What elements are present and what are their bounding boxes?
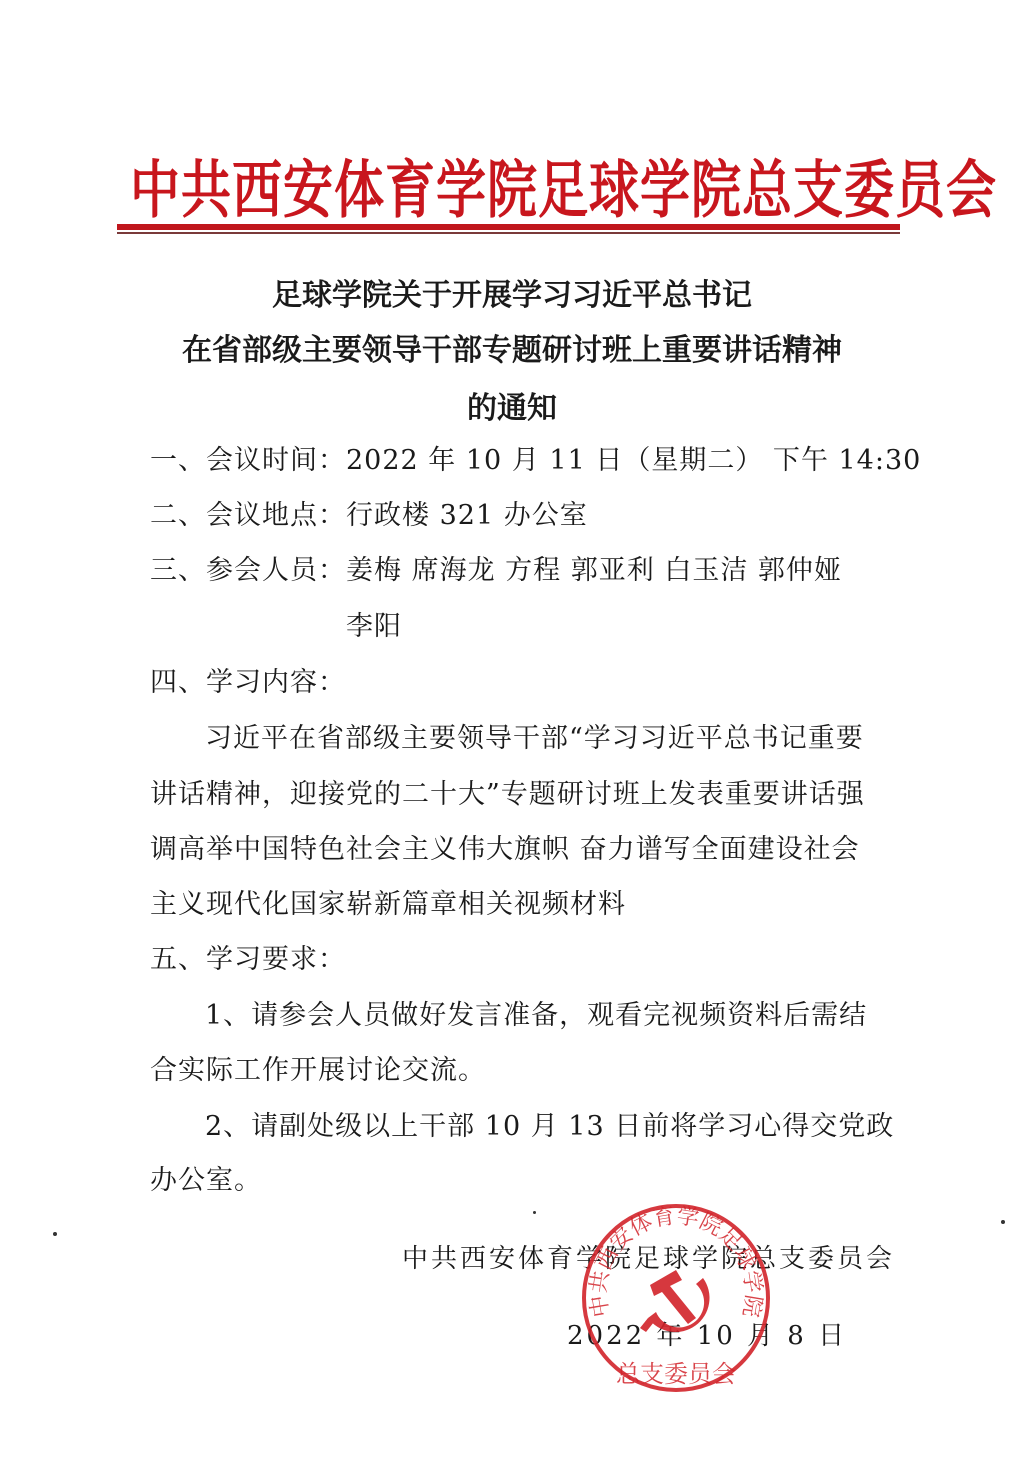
meeting-time-row: 一、会议时间：2022 年 10 月 11 日（星期二） 下午 14:30: [150, 438, 921, 477]
requirement-1-line-1: 1、请参会人员做好发言准备，观看完视频资料后需结: [205, 993, 867, 1032]
study-content-line-3: 调高举中国特色社会主义伟大旗帜 奋力谱写全面建设社会: [150, 827, 860, 866]
attendees-row: 三、参会人员：姜梅 席海龙 方程 郭亚利 白玉洁 郭仲娅: [150, 548, 842, 587]
scan-speck: [53, 1232, 57, 1236]
meeting-location-value: 行政楼 321 办公室: [346, 500, 588, 531]
meeting-location-label: 二、会议地点：: [150, 500, 346, 531]
attendees-label: 三、参会人员：: [150, 555, 346, 586]
meeting-time-value: 2022 年 10 月 11 日（星期二） 下午 14:30: [346, 445, 921, 476]
masthead-title: 中共西安体育学院足球学院总支委员会: [130, 140, 890, 230]
study-content-line-1: 习近平在省部级主要领导干部“学习习近平总书记重要: [205, 716, 864, 755]
scan-speck: [1001, 1220, 1005, 1224]
meeting-time-label: 一、会议时间：: [150, 445, 346, 476]
masthead-rule-thin: [117, 232, 900, 234]
notice-title-line-2: 在省部级主要领导干部专题研讨班上重要讲话精神: [0, 325, 1024, 369]
stamp-bottom-text: 总支委员会: [616, 1360, 736, 1388]
attendees-names-line-2: 李阳: [346, 604, 402, 643]
requirement-2-line-1: 2、请副处级以上干部 10 月 13 日前将学习心得交党政: [205, 1104, 894, 1143]
requirement-2-line-2: 办公室。: [150, 1158, 262, 1197]
study-content-heading: 四、学习内容：: [150, 660, 346, 699]
notice-title-line-3: 的通知: [0, 383, 1024, 427]
study-content-line-4: 主义现代化国家崭新篇章相关视频材料: [150, 882, 626, 921]
hammer-and-sickle-icon: [640, 1270, 710, 1332]
official-seal-stamp: 中共西安体育学院足球学院 总支委员会: [578, 1200, 774, 1396]
meeting-location-row: 二、会议地点：行政楼 321 办公室: [150, 493, 588, 532]
masthead-rule-thick: [117, 224, 900, 230]
study-requirements-heading: 五、学习要求：: [150, 937, 346, 976]
scan-speck: [533, 1211, 536, 1214]
notice-title-line-1: 足球学院关于开展学习习近平总书记: [0, 270, 1024, 314]
requirement-1-line-2: 合实际工作开展讨论交流。: [150, 1048, 486, 1087]
study-content-line-2: 讲话精神，迎接党的二十大”专题研讨班上发表重要讲话强: [150, 772, 865, 811]
attendees-names-line-1: 姜梅 席海龙 方程 郭亚利 白玉洁 郭仲娅: [346, 555, 842, 586]
